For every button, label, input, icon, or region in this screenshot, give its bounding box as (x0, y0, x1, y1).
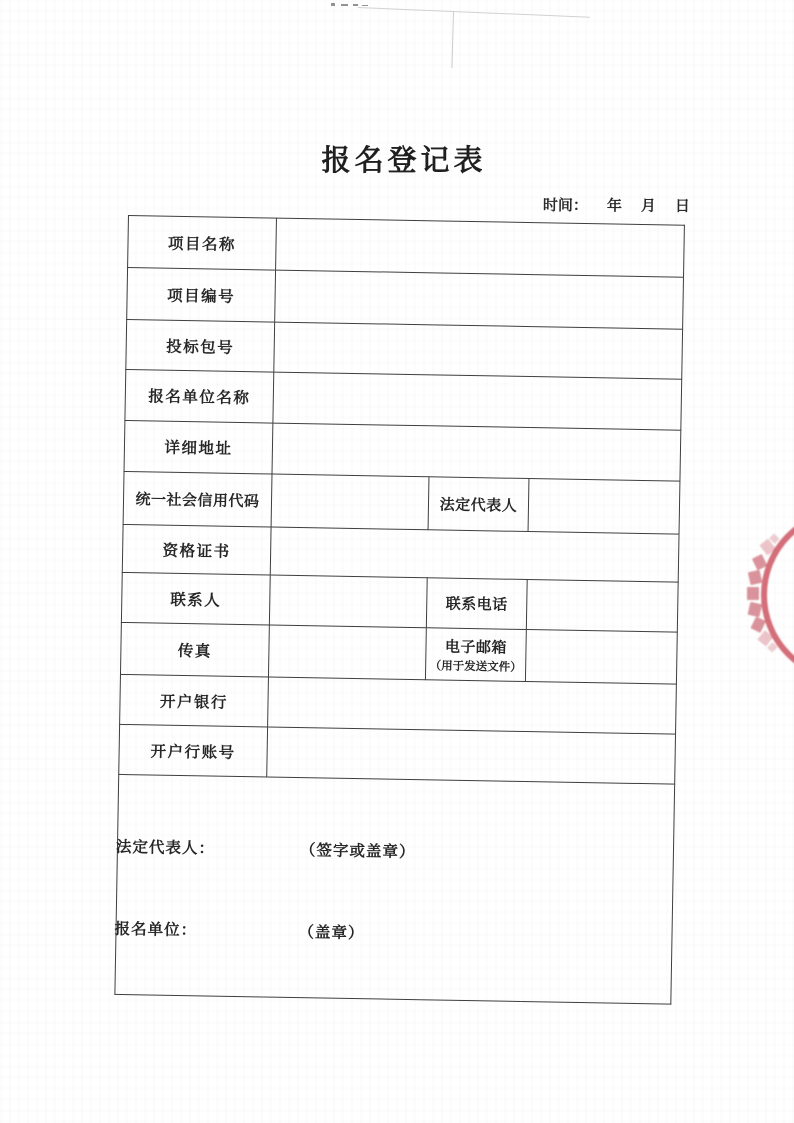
row-label-unified-social-credit-code: 统一社会信用代码 (123, 471, 272, 527)
scan-artifact-diagonal-line (358, 7, 590, 18)
applicant-unit-name-value-cell (273, 372, 682, 430)
applicant-unit-seal-note: （盖章） (298, 920, 364, 943)
bank-name-value-cell (268, 677, 677, 734)
bank-account-number-value-cell (267, 727, 676, 784)
row-label-bank-account-number: 开户行账号 (119, 724, 268, 777)
row-label-bank-name: 开户银行 (120, 674, 269, 727)
table-row: 传真 电子邮箱 （用于发送文件） (120, 622, 677, 684)
scan-artifact-vertical-line (451, 12, 454, 68)
bid-package-number-value-cell (274, 322, 683, 379)
registration-form-table: 项目名称 项目编号 投标包号 报名单位名称 详细地址 统一社会信用代码 (114, 215, 685, 1005)
table-row: 法定代表人： （签字或盖章） 报名单位： （盖章） (115, 774, 675, 1004)
legal-representative-value-cell (528, 479, 680, 535)
applicant-unit-seal-line: 报名单位： （盖章） (114, 917, 197, 940)
legal-representative-signature-label: 法定代表人： (116, 839, 215, 858)
row-label-legal-representative: 法定代表人 (428, 477, 529, 532)
project-number-value-cell (275, 270, 684, 329)
row-label-detailed-address: 详细地址 (124, 420, 273, 474)
date-line: 时间：年月日 (543, 194, 703, 216)
fax-value-cell (268, 625, 426, 680)
row-label-applicant-unit-name: 报名单位名称 (125, 369, 274, 423)
legal-representative-signature-line: 法定代表人： （签字或盖章） (116, 835, 215, 859)
contact-phone-value-cell (526, 580, 678, 633)
table-row: 项目编号 (127, 268, 684, 330)
row-label-project-name: 项目名称 (128, 216, 277, 271)
date-label: 时间： (543, 197, 588, 214)
detailed-address-value-cell (272, 423, 681, 481)
seal-arc-graphic (724, 505, 794, 705)
email-label: 电子邮箱 (445, 638, 507, 656)
date-day-label: 日 (675, 198, 690, 215)
row-label-bid-package-number: 投标包号 (126, 319, 275, 372)
row-label-fax: 传真 (120, 622, 269, 677)
page-title: 报名登记表 (0, 138, 794, 179)
form-table-wrapper: 项目名称 项目编号 投标包号 报名单位名称 详细地址 统一社会信用代码 (114, 215, 685, 1005)
table-row: 项目名称 (128, 216, 685, 278)
legal-representative-signature-note: （签字或盖章） (300, 838, 416, 862)
applicant-unit-seal-label: 报名单位： (114, 921, 197, 939)
row-label-contact-phone: 联系电话 (426, 578, 527, 630)
qualification-certificate-value-cell (270, 527, 679, 582)
date-month-label: 月 (641, 198, 656, 215)
red-official-seal-partial (724, 505, 794, 705)
row-label-qualification-certificate: 资格证书 (122, 524, 271, 575)
date-year-label: 年 (607, 197, 622, 214)
row-label-email: 电子邮箱 （用于发送文件） (425, 628, 526, 682)
project-name-value-cell (276, 218, 685, 277)
contact-person-value-cell (269, 575, 427, 628)
row-label-contact-person: 联系人 (121, 572, 270, 625)
scanned-page: 报名登记表 时间：年月日 项目名称 项目编号 投标包号 报名单位名称 (0, 0, 794, 1123)
email-label-note: （用于发送文件） (426, 657, 525, 675)
credit-code-value-cell (271, 474, 429, 530)
table-row: 统一社会信用代码 法定代表人 (123, 471, 680, 534)
row-label-project-number: 项目编号 (127, 268, 276, 323)
email-value-cell (525, 630, 677, 685)
signature-area-cell: 法定代表人： （签字或盖章） 报名单位： （盖章） (115, 774, 675, 1004)
